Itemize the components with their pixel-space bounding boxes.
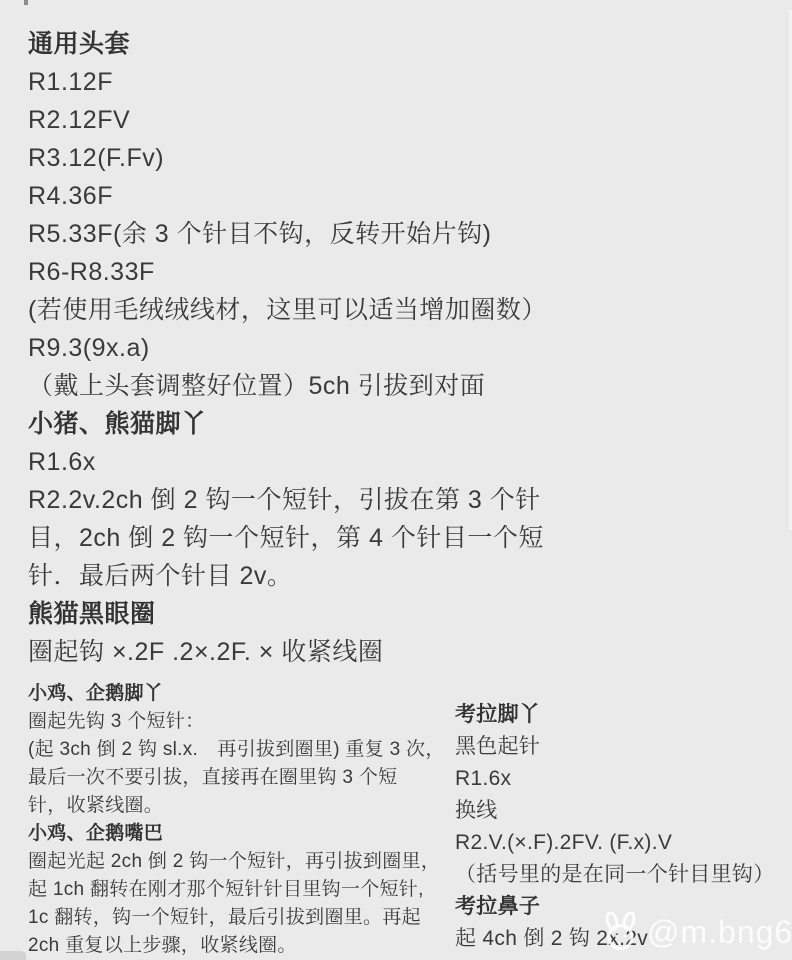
heading-koala-nose: 考拉鼻子 [455, 891, 775, 923]
pattern-line: R2.V.(×.F).2FV. (F.x).V [455, 827, 775, 859]
two-column-section: 小鸡、企鹅脚丫 圈起先钩 3 个短针： (起 3ch 倒 2 钩 sl.x. 再… [0, 680, 792, 960]
pattern-line: R2.12FV [28, 101, 792, 139]
pattern-line: 2ch 重复以上步骤，收紧线圈。 [28, 932, 455, 960]
heading-panda-eye-patch: 熊猫黑眼圈 [28, 595, 792, 633]
pattern-line: 目，2ch 倒 2 钩一个短针，第 4 个针目一个短 [28, 519, 792, 557]
pattern-line: 圈起先钩 3 个短针： [28, 708, 455, 736]
pattern-line: R9.3(9x.a) [28, 329, 792, 367]
top-edge-mark [24, 0, 28, 5]
pattern-note: （括号里的是在同一个针目里钩） [455, 859, 775, 891]
heading-koala-feet: 考拉脚丫 [455, 699, 775, 731]
left-column: 小鸡、企鹅脚丫 圈起先钩 3 个短针： (起 3ch 倒 2 钩 sl.x. 再… [28, 680, 455, 960]
heading-chick-penguin-feet: 小鸡、企鹅脚丫 [28, 680, 455, 708]
pattern-line: R6-R8.33F [28, 253, 792, 291]
pattern-line: 起 1ch 翻转在刚才那个短针针目里钩一个短针, [28, 876, 455, 904]
heading-universal-hood: 通用头套 [28, 25, 792, 63]
pattern-line: R1.6x [28, 443, 792, 481]
pattern-line: 针，收紧线圈。 [28, 792, 455, 820]
pattern-line: R2.2v.2ch 倒 2 钩一个短针，引拔在第 3 个针 [28, 481, 792, 519]
pattern-note: （戴上头套调整好位置）5ch 引拔到对面 [28, 367, 792, 405]
bottom-left-chip [0, 951, 26, 960]
heading-pig-panda-feet: 小猪、熊猫脚丫 [28, 405, 792, 443]
pattern-line: 圈起钩 ×.2F .2×.2F. × 收紧线圈 [28, 633, 792, 671]
pattern-line: 换线 [455, 795, 775, 827]
pattern-line: R3.12(F.Fv) [28, 139, 792, 177]
document-page: 通用头套 R1.12F R2.12FV R3.12(F.Fv) R4.36F R… [0, 0, 792, 960]
pattern-line: R5.33F(余 3 个针目不钩，反转开始片钩) [28, 215, 792, 253]
pattern-line: 1c 翻转，钩一个短针，最后引拔到圈里。再起 [28, 904, 455, 932]
pattern-line: 圈起光起 2ch 倒 2 钩一个短针，再引拔到圈里， [28, 848, 455, 876]
pattern-note: (若使用毛绒绒线材，这里可以适当增加圈数） [28, 291, 792, 329]
pattern-line: 起 4ch 倒 2 钩 2x.2v [455, 923, 775, 955]
pattern-line: (起 3ch 倒 2 钩 sl.x. 再引拔到圈里) 重复 3 次， [28, 736, 455, 764]
pattern-line: 针．最后两个针目 2v。 [28, 557, 792, 595]
pattern-line: 最后一次不要引拔，直接再在圈里钩 3 个短 [28, 764, 455, 792]
heading-chick-penguin-beak: 小鸡、企鹅嘴巴 [28, 820, 455, 848]
pattern-line: 黑色起针 [455, 731, 775, 763]
right-column: 考拉脚丫 黑色起针 R1.6x 换线 R2.V.(×.F).2FV. (F.x)… [455, 680, 775, 960]
pattern-line: R1.6x [455, 763, 775, 795]
pattern-line: R1.12F [28, 63, 792, 101]
pattern-notes-top: 通用头套 R1.12F R2.12FV R3.12(F.Fv) R4.36F R… [0, 0, 792, 671]
pattern-line: R4.36F [28, 177, 792, 215]
